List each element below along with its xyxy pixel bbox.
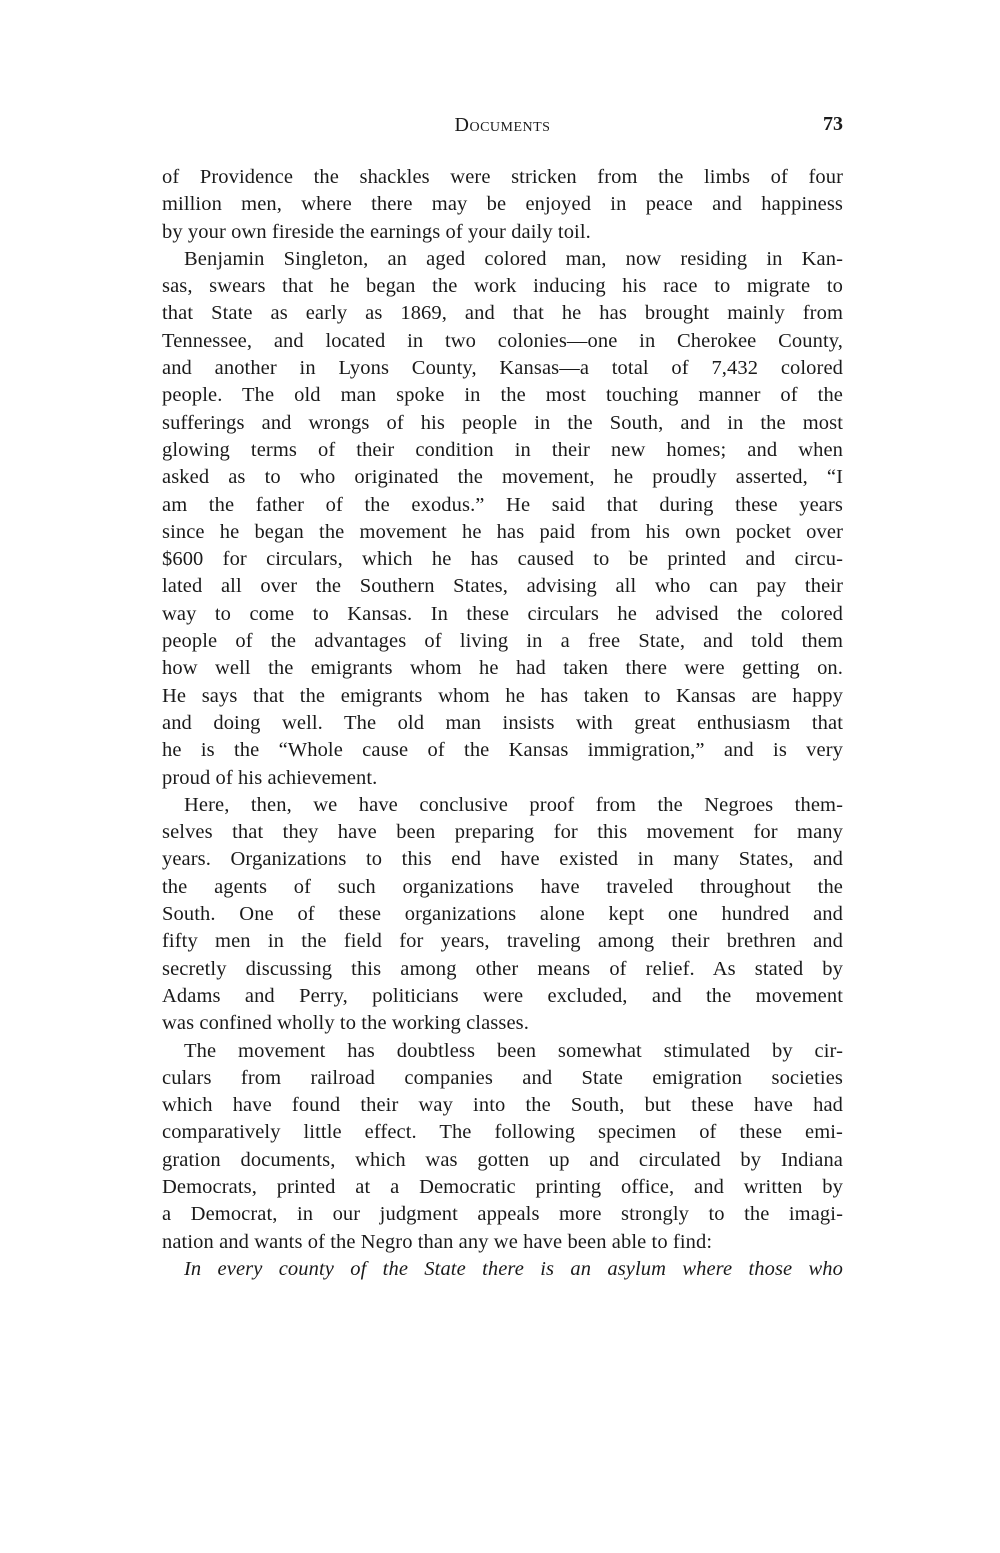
text-line: was confined wholly to the working class… bbox=[162, 1010, 843, 1037]
text-line: nation and wants of the Negro than any w… bbox=[162, 1229, 843, 1256]
text-line: people of the advantages of living in a … bbox=[162, 628, 843, 655]
text-line: and doing well. The old man insists with… bbox=[162, 710, 843, 737]
text-line: glowing terms of their condition in thei… bbox=[162, 437, 843, 464]
text-line: a Democrat, in our judgment appeals more… bbox=[162, 1201, 843, 1228]
text-line: selves that they have been preparing for… bbox=[162, 819, 843, 846]
text-line: the agents of such organizations have tr… bbox=[162, 874, 843, 901]
paragraph: The movement has doubtless been somewhat… bbox=[162, 1038, 843, 1256]
page-number: 73 bbox=[823, 113, 843, 136]
text-line: Adams and Perry, politicians were exclud… bbox=[162, 983, 843, 1010]
text-line: Democrats, printed at a Democratic print… bbox=[162, 1174, 843, 1201]
text-line: sas, swears that he began the work induc… bbox=[162, 273, 843, 300]
text-line: Tennessee, and located in two colonies—o… bbox=[162, 328, 843, 355]
text-line: million men, where there may be enjoyed … bbox=[162, 191, 843, 218]
body-text: of Providence the shackles were stricken… bbox=[162, 164, 843, 1283]
text-line: since he began the movement he has paid … bbox=[162, 519, 843, 546]
text-line: how well the emigrants whom he had taken… bbox=[162, 655, 843, 682]
quoted-excerpt: In every county of the State there is an… bbox=[162, 1256, 843, 1283]
text-line: of Providence the shackles were stricken… bbox=[162, 164, 843, 191]
text-line: years. Organizations to this end have ex… bbox=[162, 846, 843, 873]
text-line: asked as to who originated the movement,… bbox=[162, 464, 843, 491]
text-line: South. One of these organizations alone … bbox=[162, 901, 843, 928]
running-head: Documents 73 bbox=[162, 108, 843, 144]
text-line: by your own fireside the earnings of you… bbox=[162, 219, 843, 246]
text-line: fifty men in the field for years, travel… bbox=[162, 928, 843, 955]
text-line: he is the “Whole cause of the Kansas imm… bbox=[162, 737, 843, 764]
text-line: sufferings and wrongs of his people in t… bbox=[162, 410, 843, 437]
text-line: lated all over the Southern States, advi… bbox=[162, 573, 843, 600]
text-line: In every county of the State there is an… bbox=[162, 1256, 843, 1283]
text-line: secretly discussing this among other mea… bbox=[162, 956, 843, 983]
text-line: comparatively little effect. The followi… bbox=[162, 1119, 843, 1146]
text-line: Here, then, we have conclusive proof fro… bbox=[162, 792, 843, 819]
text-line: He says that the emigrants whom he has t… bbox=[162, 683, 843, 710]
text-line: $600 for circulars, which he has caused … bbox=[162, 546, 843, 573]
document-page: Documents 73 of Providence the shackles … bbox=[162, 108, 843, 1283]
text-line: The movement has doubtless been somewhat… bbox=[162, 1038, 843, 1065]
text-line: people. The old man spoke in the most to… bbox=[162, 382, 843, 409]
text-line: culars from railroad companies and State… bbox=[162, 1065, 843, 1092]
text-line: am the father of the exodus.” He said th… bbox=[162, 492, 843, 519]
text-line: gration documents, which was gotten up a… bbox=[162, 1147, 843, 1174]
text-line: and another in Lyons County, Kansas—a to… bbox=[162, 355, 843, 382]
paragraph: Benjamin Singleton, an aged colored man,… bbox=[162, 246, 843, 792]
running-title: Documents bbox=[162, 114, 843, 137]
text-line: which have found their way into the Sout… bbox=[162, 1092, 843, 1119]
text-line: Benjamin Singleton, an aged colored man,… bbox=[162, 246, 843, 273]
paragraph: of Providence the shackles were stricken… bbox=[162, 164, 843, 246]
text-line: proud of his achievement. bbox=[162, 765, 843, 792]
text-line: that State as early as 1869, and that he… bbox=[162, 300, 843, 327]
paragraph: Here, then, we have conclusive proof fro… bbox=[162, 792, 843, 1038]
text-line: way to come to Kansas. In these circular… bbox=[162, 601, 843, 628]
